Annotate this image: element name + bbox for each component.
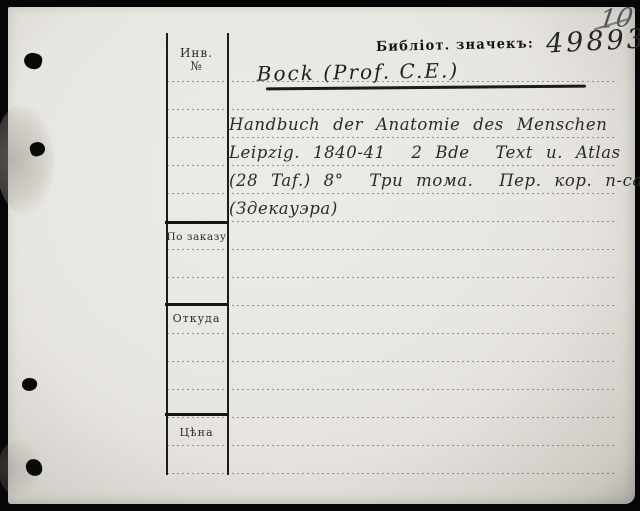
- order-label: По заказу: [166, 231, 227, 244]
- page-number-pencil: 10: [594, 3, 639, 36]
- ruled-line: [167, 165, 615, 167]
- ruled-line: [167, 137, 615, 139]
- punch-hole: [28, 140, 47, 158]
- ruled-line: [167, 109, 615, 111]
- ruled-line: [167, 473, 615, 475]
- ruled-line: [167, 221, 615, 223]
- torn-paper-patch: [0, 105, 54, 215]
- author-heading-handwritten: Bock (Prof. C.E.): [238, 58, 478, 88]
- entry-line-provenance: (Здекауэра): [229, 198, 338, 220]
- ruled-line: [167, 389, 615, 391]
- punch-hole: [25, 458, 44, 478]
- ruled-line: [167, 193, 615, 195]
- ruled-line: [167, 305, 615, 307]
- punch-hole: [21, 377, 38, 392]
- scan-background: Инв. № По заказу Откуда Цѣна Библіот. зн…: [0, 0, 640, 511]
- inventory-number-label: Инв. №: [166, 47, 227, 73]
- ruled-line: [167, 417, 615, 419]
- column-divider-left: [166, 33, 168, 475]
- catalog-card: Инв. № По заказу Откуда Цѣна Библіот. зн…: [8, 7, 635, 504]
- inventory-label-line2: №: [166, 60, 227, 73]
- section-divider: [165, 221, 229, 224]
- entry-line-collation: (28 Taf.) 8° Три тома. Пер. кор. п-сафр.: [229, 170, 640, 192]
- entry-line-imprint: Leipzig. 1840-41 2 Bde Text u. Atlas: [229, 142, 621, 164]
- ruled-line: [167, 361, 615, 363]
- punch-hole: [23, 51, 44, 70]
- ruled-line: [167, 333, 615, 335]
- price-label: Цѣна: [166, 426, 227, 439]
- ruled-line: [167, 277, 615, 279]
- entry-line-title: Handbuch der Anatomie des Menschen: [229, 114, 608, 136]
- library-mark-label: Библіот. значекъ:: [376, 36, 534, 55]
- origin-label: Откуда: [166, 312, 227, 325]
- ruled-line: [167, 445, 615, 447]
- section-divider: [165, 303, 229, 306]
- ruled-line: [167, 249, 615, 251]
- section-divider: [165, 413, 229, 416]
- column-divider-right: [227, 33, 229, 475]
